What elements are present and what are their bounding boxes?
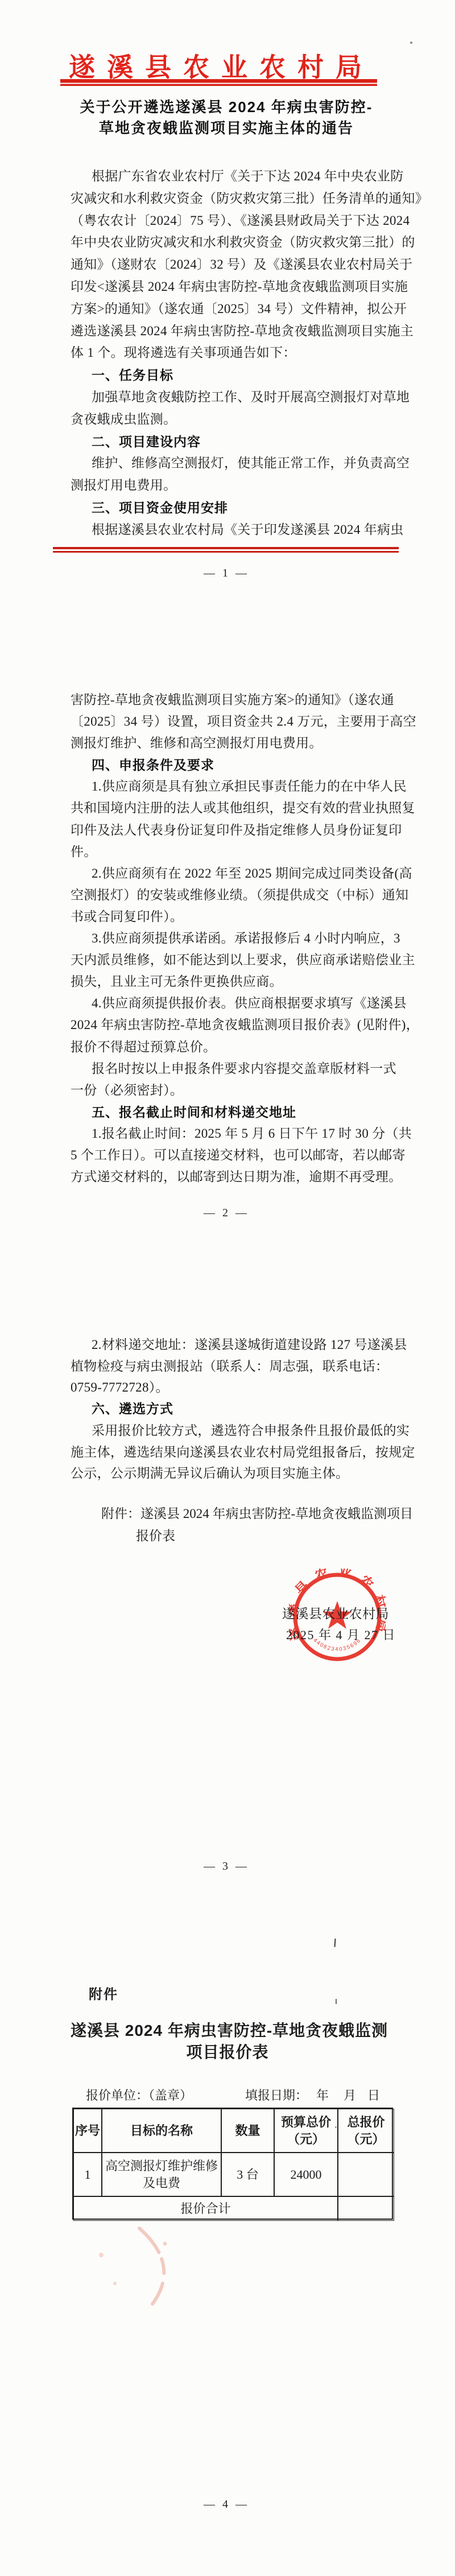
body-line: 损失，且业主可无条件更换供应商。 <box>71 971 384 993</box>
body-line: 共和国境内注册的法人或其他组织，提交有效的营业执照复 <box>71 797 384 819</box>
body-line: 报名时按以上申报条件要求内容提交盖章版材料一式 <box>71 1058 384 1080</box>
body-line: 年中央农业防灾减灾和水利救灾资金（防灾救灾第三批）的 <box>71 232 384 254</box>
body-line: 3.供应商须提供承诺函。承诺报修后 4 小时内响应，3 <box>71 928 384 949</box>
table-header-no: 序号 <box>73 2109 102 2153</box>
attachment-label: 附件 <box>89 1983 118 2003</box>
quote-form-title-line1: 遂溪县 2024 年病虫害防控-草地贪夜蛾监测 <box>71 2020 384 2042</box>
scan-tick <box>336 1999 337 2004</box>
body-line: 贪夜蛾成虫监测。 <box>71 409 384 431</box>
signature-date: 2025 年 4 月 27 日 <box>286 1626 396 1643</box>
body-line: 通知》（遂财农〔2024〕32 号）及《遂溪县农业农村局关于 <box>71 254 384 276</box>
section-heading: 二、项目建设内容 <box>71 431 384 453</box>
quote-form-title-line2: 项目报价表 <box>71 2042 384 2063</box>
body-line: 根据广东省农业农村厅《关于下达 2024 年中央农业防 <box>71 166 384 188</box>
body-line: 空测报灯）的安装或维修业绩。（须提供成交（中标）通知 <box>71 884 384 906</box>
scanned-official-document: 遂溪县农业农村局 关于公开遴选遂溪县 2024 年病虫害防控- 草地贪夜蛾监测项… <box>0 0 455 2576</box>
body-line: （粤农农计〔2024〕75 号）、《遂溪县财政局关于下达 2024 <box>71 210 384 232</box>
table-cell-quote <box>338 2153 394 2196</box>
body-line: 0759-7772728）。 <box>71 1377 384 1398</box>
fill-date-year-label: 年 <box>316 2086 329 2104</box>
quote-form-title: 遂溪县 2024 年病虫害防控-草地贪夜蛾监测 项目报价表 <box>71 2020 384 2063</box>
body-line: 〔2025〕34 号）设置，项目资金共 2.4 万元，主要用于高空 <box>71 711 384 733</box>
body-line: 印件及法人代表身份证复印件及指定维修人员身份证复印 <box>71 820 384 841</box>
body-line: 5 个工作日）。可以直接递交材料，也可以邮寄，若以邮寄 <box>71 1145 384 1166</box>
attachment-note-line2: 报价表 <box>71 1525 384 1548</box>
table-cell-budget: 24000 <box>274 2153 338 2196</box>
table-total-value <box>338 2196 394 2221</box>
page1-body: 根据广东省农业农村厅《关于下达 2024 年中央农业防 灾减灾和水利救灾资金（防… <box>71 166 384 541</box>
attachment-note: 附件：遂溪县 2024 年病虫害防控-草地贪夜蛾监测项目 报价表 <box>71 1503 384 1547</box>
scan-speck <box>335 2126 337 2128</box>
quote-unit-label: 报价单位：（盖章） <box>86 2086 192 2104</box>
page3-body: 2.材料递交地址：遂溪县遂城街道建设路 127 号遂溪县 植物检疫与病虫测报站（… <box>71 1334 384 1484</box>
table-cell-name: 高空测报灯维护维修 及电费 <box>102 2153 221 2196</box>
scan-tick <box>334 1939 336 1947</box>
body-line: 害防控-草地贪夜蛾监测项目实施方案>的通知》（遂农通 <box>71 689 384 711</box>
notice-title-line2: 草地贪夜蛾监测项目实施主体的通告 <box>71 118 382 139</box>
section-heading: 三、项目资金使用安排 <box>71 497 384 519</box>
body-line: 方案>的通知》（遂农通〔2025〕34 号）文件精神，拟公开 <box>71 298 384 320</box>
body-line: 2.材料递交地址：遂溪县遂城街道建设路 127 号遂溪县 <box>71 1334 384 1356</box>
table-header-qty: 数量 <box>221 2109 274 2153</box>
faint-stamp-ghost <box>80 2208 199 2322</box>
body-line: 测报灯用电费用。 <box>71 475 384 497</box>
body-line: 施主体，遴选结果向遂溪县农业农村局党组报备后，按规定 <box>71 1442 384 1463</box>
body-line: 采用报价比较方式，遴选符合申报条件且报价最低的实 <box>71 1420 384 1442</box>
page-number-1: — 1 — <box>71 567 382 580</box>
scan-speck <box>410 42 412 44</box>
body-line: 维护、维修高空测报灯，使其能正常工作，并负责高空 <box>71 452 384 475</box>
notice-title: 关于公开遴选遂溪县 2024 年病虫害防控- 草地贪夜蛾监测项目实施主体的通告 <box>71 97 382 139</box>
body-line: 公示，公示期满无异议后确认为项目实施主体。 <box>71 1463 384 1484</box>
body-line: 体 1 个。现将遴选有关事项通告如下： <box>71 342 384 364</box>
table-cell-qty: 3 台 <box>221 2153 274 2196</box>
attachment-note-line1: 附件：遂溪县 2024 年病虫害防控-草地贪夜蛾监测项目 <box>71 1503 384 1525</box>
table-header-name: 目标的名称 <box>102 2109 221 2153</box>
body-line: 一份（必须密封）。 <box>71 1080 384 1101</box>
page-number-4: — 4 — <box>71 2498 382 2511</box>
fill-date-label: 填报日期： <box>245 2086 308 2104</box>
body-line: 1.报名截止时间：2025 年 5 月 6 日下午 17 时 30 分（共 <box>71 1123 384 1145</box>
fill-date-month-label: 月 <box>344 2086 356 2104</box>
body-line: 4.供应商须提供报价表。供应商根据要求填写《遂溪县 <box>71 993 384 1014</box>
body-line: 报价不得超过预算总价。 <box>71 1036 384 1058</box>
body-line: 方式递交材料的，以邮寄到达日期为准，逾期不再受理。 <box>71 1166 384 1188</box>
body-line: 2024 年病虫害防控-草地贪夜蛾监测项目报价表》(见附件)， <box>71 1014 384 1036</box>
table-header-budget: 预算总价 （元） <box>274 2109 338 2153</box>
fill-date-day-label: 日 <box>367 2086 380 2104</box>
body-line: 印发<遂溪县 2024 年病虫害防控-草地贪夜蛾监测项目实施 <box>71 276 384 298</box>
section-heading: 四、申报条件及要求 <box>71 754 384 776</box>
body-line: 加强草地贪夜蛾防控工作、及时开展高空测报灯对草地 <box>71 386 384 409</box>
body-line: 1.供应商须是具有独立承担民事责任能力的在中华人民 <box>71 776 384 797</box>
table-cell-no: 1 <box>73 2153 102 2196</box>
letterhead-red-divider <box>60 79 377 86</box>
notice-title-line1: 关于公开遴选遂溪县 2024 年病虫害防控- <box>71 97 382 118</box>
quote-table: 序号 目标的名称 数量 预算总价 （元） 总报价 （元） 1 高空测报灯维护维修… <box>72 2108 393 2220</box>
body-line: 植物检疫与病虫测报站（联系人：周志强，联系电话： <box>71 1356 384 1377</box>
page-number-2: — 2 — <box>71 1207 382 1220</box>
body-line: 测报灯维护、维修和高空测报灯用电费用。 <box>71 733 384 754</box>
page-number-3: — 3 — <box>71 1860 382 1873</box>
body-line: 灾减灾和水利救灾资金（防灾救灾第三批）任务清单的通知》 <box>71 188 384 210</box>
body-line: 件。 <box>71 841 384 863</box>
body-line: 遴选遂溪县 2024 年病虫害防控-草地贪夜蛾监测项目实施主 <box>71 320 384 343</box>
body-line: 天内派员维修，如不能达到以上要求，供应商承诺赔偿业主 <box>71 949 384 971</box>
section-heading: 五、报名截止时间和材料递交地址 <box>71 1101 384 1123</box>
body-line: 根据遂溪县农业农村局《关于印发遂溪县 2024 年病虫 <box>71 519 384 541</box>
page2-body: 害防控-草地贪夜蛾监测项目实施方案>的通知》（遂农通 〔2025〕34 号）设置… <box>71 689 384 1188</box>
table-header-quote: 总报价 （元） <box>338 2109 394 2153</box>
page1-bottom-red-rule <box>53 547 399 553</box>
section-heading: 一、任务目标 <box>71 364 384 386</box>
body-line: 书或合同复印件）。 <box>71 906 384 928</box>
body-line: 2.供应商须有在 2022 年至 2025 期间完成过同类设备(高 <box>71 863 384 884</box>
signature-org: 遂溪县农业农村局 <box>282 1603 389 1622</box>
section-heading: 六、遴选方式 <box>71 1398 384 1420</box>
